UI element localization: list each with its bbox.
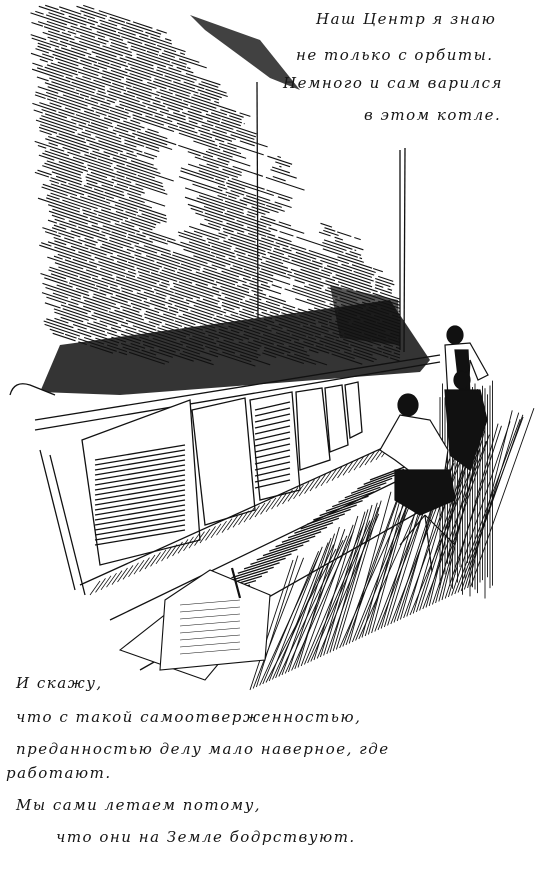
caption-bottom-line: Мы сами летаем потому, xyxy=(16,798,261,813)
papers-on-desk xyxy=(120,568,270,680)
caption-bottom-line: работают. xyxy=(6,766,112,781)
caption-top-line: в этом котле. xyxy=(364,108,501,123)
caption-top-line: Немного и сам варился xyxy=(283,76,503,91)
caption-bottom-line: преданностью делу мало наверное, где xyxy=(16,742,390,757)
caption-bottom-line: И скажу, xyxy=(16,676,103,691)
caption-bottom-line: что с такой самоотверженностью, xyxy=(16,710,361,725)
caption-bottom-line: что они на Земле бодрствуют. xyxy=(56,830,356,845)
caption-top-line: Наш Центр я знаю xyxy=(316,12,496,27)
caption-top-line: не только с орбиты. xyxy=(296,48,494,63)
